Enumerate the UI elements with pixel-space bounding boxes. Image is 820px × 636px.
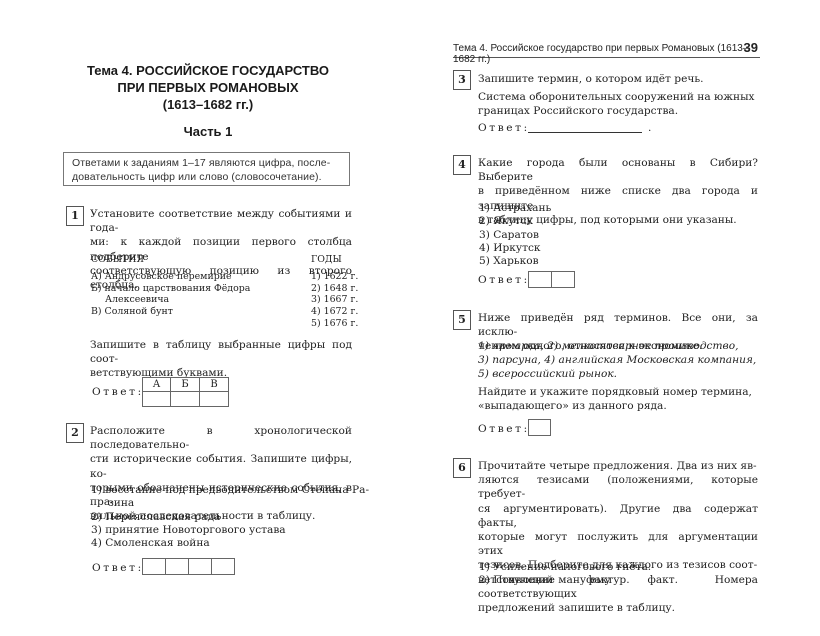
year-item: 5) 1676 г. — [311, 318, 358, 330]
answer-header-a: А — [142, 377, 171, 392]
text-line: Запишите в таблицу выбранные цифры под с… — [90, 338, 352, 366]
option-item: 2) Появление мануфактур. — [479, 574, 651, 587]
text-line: которые могут послужить для аргументации… — [478, 530, 758, 558]
text-line: ляются тезисами (положениями, которые тр… — [478, 473, 758, 501]
answer-label: Ответ: — [478, 423, 530, 435]
option-item: 3) принятие Новоторгового устава — [91, 524, 369, 537]
text-line: сти исторические события. Запишите цифры… — [90, 452, 352, 480]
task-5-instruction: Найдите и укажите порядковый номер терми… — [478, 385, 758, 413]
task-4-options: 1) Астрахань 2) Якутск 3) Саратов 4) Ирк… — [479, 202, 551, 268]
task-1-instruction: Запишите в таблицу выбранные цифры под с… — [90, 338, 352, 381]
events-list: А) Андрусовское перемирие Б) начало царс… — [91, 271, 250, 318]
instructions-line: довательность цифр или слово (словосочет… — [72, 170, 341, 184]
chapter-title-line: Тема 4. РОССИЙСКОЕ ГОСУДАРСТВО — [63, 62, 353, 79]
year-item: 4) 1672 г. — [311, 306, 358, 318]
event-item: В) Соляной бунт — [91, 306, 250, 318]
answer-header-b: Б — [170, 377, 200, 392]
answer-label: Ответ: — [478, 274, 530, 286]
answer-cell[interactable] — [165, 558, 189, 575]
answer-period: . — [648, 121, 651, 135]
answer-cell[interactable] — [142, 558, 166, 575]
option-item: 5) Харьков — [479, 255, 551, 268]
answer-cell-v[interactable] — [199, 391, 229, 407]
instructions-line: Ответами к заданиям 1–17 являются цифра,… — [72, 156, 341, 170]
answer-cell[interactable] — [528, 271, 552, 288]
answer-cell-a[interactable] — [142, 391, 171, 407]
answer-cell[interactable] — [188, 558, 212, 575]
answer-cell[interactable] — [551, 271, 575, 288]
option-item: 1) Усиление налогового гнёта. — [479, 561, 651, 574]
answer-label: Ответ: — [92, 386, 144, 398]
answer-label: Ответ: — [478, 122, 530, 134]
task-3-definition: Система оборонительных сооружений на южн… — [478, 90, 758, 118]
running-header-title: Тема 4. Российское государство при первы… — [453, 43, 760, 65]
text-line: Какие города были основаны в Сибири? Выб… — [478, 156, 758, 184]
year-item: 2) 1648 г. — [311, 283, 358, 295]
event-item: Б) начало царствования Фёдора — [91, 283, 250, 295]
text-line: Найдите и укажите порядковый номер терми… — [478, 385, 758, 399]
option-item: 1) Астрахань — [479, 202, 551, 215]
text-line: предложений запишите в таблицу. — [478, 601, 758, 615]
task-number-3: 3 — [453, 70, 471, 90]
task-number-6: 6 — [453, 458, 471, 478]
task-number-4: 4 — [453, 155, 471, 175]
events-column-header: СОБЫТИЯ — [91, 254, 144, 266]
text-line: Ниже приведён ряд терминов. Все они, за … — [478, 311, 758, 339]
instructions-box: Ответами к заданиям 1–17 являются цифра,… — [63, 152, 350, 186]
task-6-text: Прочитайте четыре предложения. Два из ни… — [478, 459, 758, 615]
page-number: 39 — [744, 40, 758, 55]
task-3-text: Запишите термин, о котором идёт речь. — [478, 72, 758, 86]
text-line: Расположите в хронологической последоват… — [90, 424, 352, 452]
text-line: ся аргументировать). Другие два содержат… — [478, 502, 758, 530]
task-number-5: 5 — [453, 310, 471, 330]
event-item: Алексеевича — [91, 294, 250, 306]
task-3-answer-line[interactable] — [528, 120, 642, 133]
answer-cell-b[interactable] — [170, 391, 200, 407]
years-list: 1) 1622 г. 2) 1648 г. 3) 1667 г. 4) 1672… — [311, 271, 358, 330]
option-item: 4) Иркутск — [479, 242, 551, 255]
year-item: 1) 1622 г. — [311, 271, 358, 283]
text-line: 3) парсуна, 4) английская Московская ком… — [478, 353, 758, 367]
answer-cell[interactable] — [211, 558, 235, 575]
text-line: «выпадающего» из данного ряда. — [478, 399, 758, 413]
text-line: границах Российского государства. — [478, 104, 758, 118]
option-item: 2) Якутск — [479, 215, 551, 228]
option-item: 1) восстание под предводительством Степа… — [91, 484, 369, 497]
task-number-1: 1 — [66, 206, 84, 226]
option-item: 2) Переяславская рада — [91, 511, 369, 524]
task-6-options: 1) Усиление налогового гнёта. 2) Появлен… — [479, 561, 651, 588]
option-item: 4) Смоленская война — [91, 537, 369, 550]
part-title: Часть 1 — [63, 124, 353, 139]
text-line: 5) всероссийский рынок. — [478, 367, 758, 381]
years-column-header: ГОДЫ — [311, 254, 342, 266]
text-line: Система оборонительных сооружений на южн… — [478, 90, 758, 104]
text-line: Установите соответствие между событиями … — [90, 207, 352, 235]
chapter-title-line: (1613–1682 гг.) — [63, 96, 353, 113]
year-item: 3) 1667 г. — [311, 294, 358, 306]
option-item: 3) Саратов — [479, 229, 551, 242]
option-item: зина — [91, 497, 369, 510]
text-line: Прочитайте четыре предложения. Два из ни… — [478, 459, 758, 473]
chapter-title-line: ПРИ ПЕРВЫХ РОМАНОВЫХ — [63, 79, 353, 96]
running-header: Тема 4. Российское государство при первы… — [453, 43, 760, 58]
text-line: 1) ярмарка, 2) мелкотоварное производств… — [478, 339, 758, 353]
answer-label: Ответ: — [92, 562, 144, 574]
task-2-options: 1) восстание под предводительством Степа… — [91, 484, 369, 550]
task-5-answer-cell[interactable] — [528, 419, 551, 436]
task-number-2: 2 — [66, 423, 84, 443]
chapter-title: Тема 4. РОССИЙСКОЕ ГОСУДАРСТВО ПРИ ПЕРВЫ… — [63, 62, 353, 113]
task-5-terms: 1) ярмарка, 2) мелкотоварное производств… — [478, 339, 758, 382]
event-item: А) Андрусовское перемирие — [91, 271, 250, 283]
answer-header-v: В — [199, 377, 229, 392]
